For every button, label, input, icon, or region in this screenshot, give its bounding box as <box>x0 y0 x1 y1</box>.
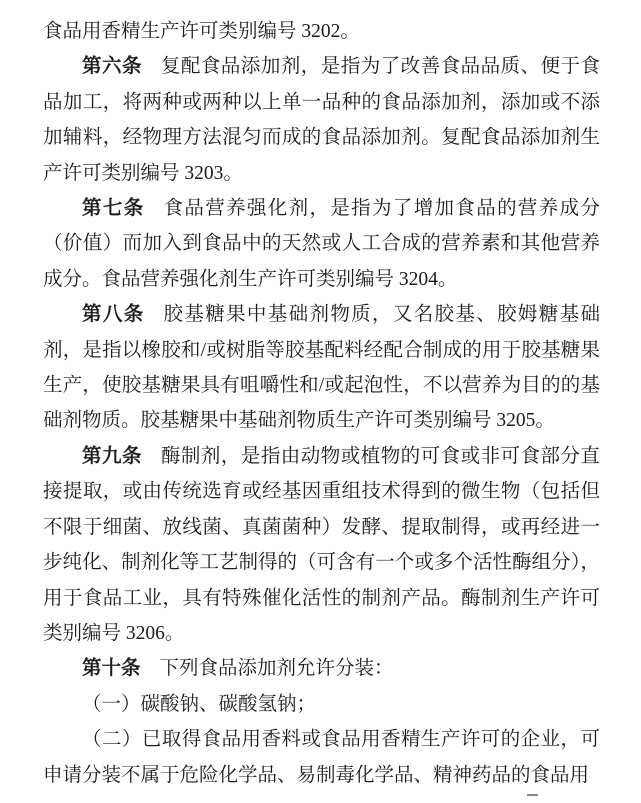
document-text-block: 食品用香精生产许可类别编号 3202。 第六条复配食品添加剂，是指为了改善食品品… <box>43 14 600 793</box>
article-8-number: 第八条 <box>82 303 145 325</box>
article-7-number: 第七条 <box>82 197 145 219</box>
continuation-paragraph: 食品用香精生产许可类别编号 3202。 <box>43 14 600 49</box>
article-6-number: 第六条 <box>82 55 142 77</box>
article-10-number: 第十条 <box>82 657 141 679</box>
document-page: 食品用香精生产许可类别编号 3202。 第六条复配食品添加剂，是指为了改善食品品… <box>0 0 641 803</box>
list-item-1-paragraph: （一）碳酸钠、碳酸氢钠； <box>43 687 600 722</box>
list-item-2-text: （二）已取得食品用香料或食品用香精生产许可的企业，可申请分装不属于危险化学品、易… <box>43 729 600 785</box>
article-6-paragraph: 第六条复配食品添加剂，是指为了改善食品品质、便于食品加工，将两种或两种以上单一品… <box>43 49 600 191</box>
article-8-paragraph: 第八条胶基糖果中基础剂物质，又名胶基、胶姆糖基础剂，是指以橡胶和/或树脂等胶基配… <box>43 297 600 439</box>
article-9-number: 第九条 <box>82 445 142 467</box>
article-7-paragraph: 第七条食品营养强化剂，是指为了增加食品的营养成分（价值）而加入到食品中的天然或人… <box>43 191 600 297</box>
list-item-2-paragraph: （二）已取得食品用香料或食品用香精生产许可的企业，可申请分装不属于危险化学品、易… <box>43 722 600 793</box>
continuation-text: 食品用香精生产许可类别编号 3202。 <box>43 21 360 42</box>
list-item-1-text: （一）碳酸钠、碳酸氢钠； <box>82 694 316 715</box>
article-9-text: 酶制剂，是指由动物或植物的可食或非可食部分直接提取，或由传统选育或经基因重组技术… <box>43 446 600 644</box>
article-10-text: 下列食品添加剂允许分装： <box>160 658 394 679</box>
page-number-partial-dash <box>527 794 538 796</box>
article-10-paragraph: 第十条下列食品添加剂允许分装： <box>43 651 600 686</box>
article-9-paragraph: 第九条酶制剂，是指由动物或植物的可食或非可食部分直接提取，或由传统选育或经基因重… <box>43 439 600 651</box>
